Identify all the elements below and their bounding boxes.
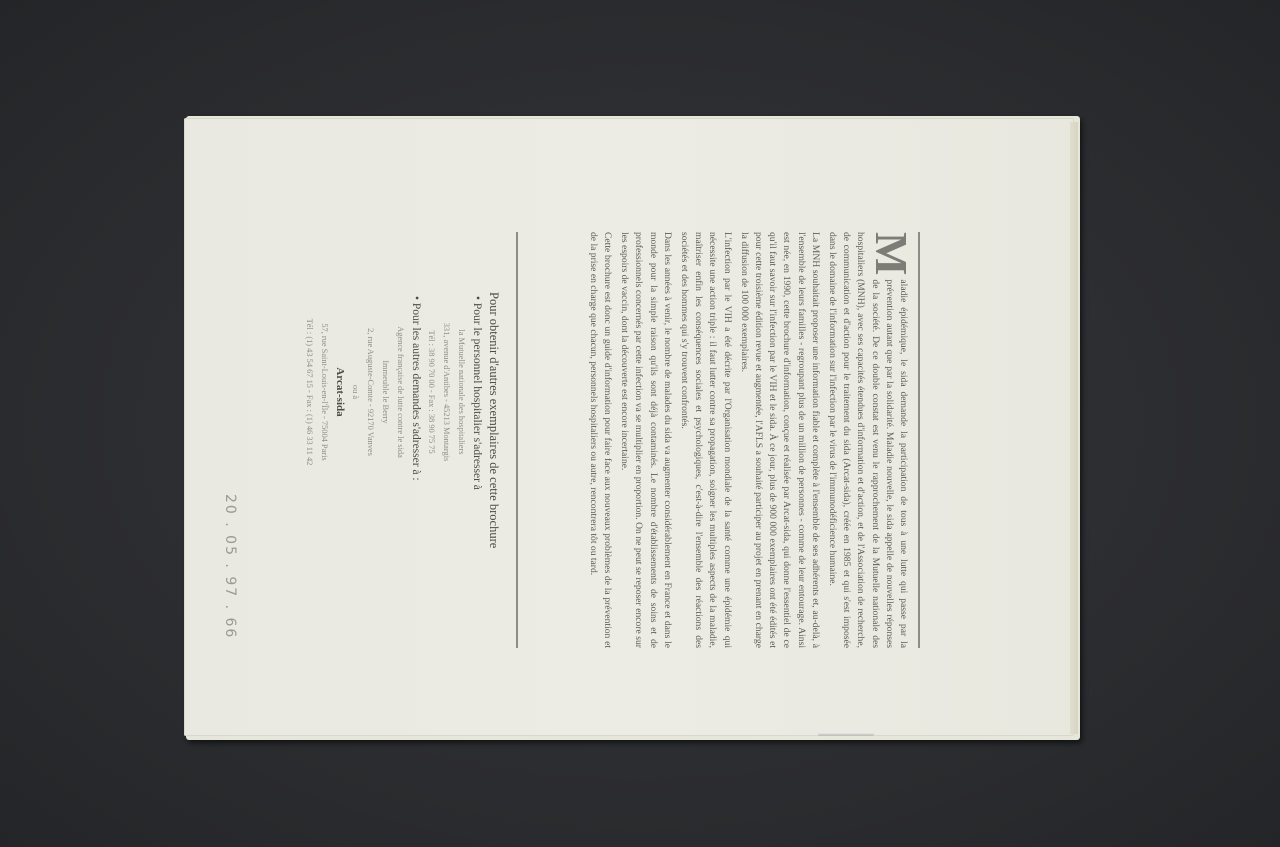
mnh-name: la Mutuelle nationale des hospitaliers bbox=[454, 292, 469, 492]
paragraph-4: Dans les années à venir, le nombre de ma… bbox=[617, 232, 674, 648]
arcat-address: 57, rue Saint-Louis-en-l'Île - 75004 Par… bbox=[317, 292, 332, 492]
or-label: ou à bbox=[348, 292, 363, 492]
intro-text-block: Maladie épidémique, le sida demande la p… bbox=[583, 232, 920, 648]
contact-block: Pour obtenir d'autres exemplaires de cet… bbox=[302, 292, 502, 592]
drop-cap: M bbox=[874, 232, 908, 275]
bottom-rule bbox=[516, 232, 518, 648]
paragraph-1: Maladie épidémique, le sida demande la p… bbox=[825, 232, 918, 648]
staple bbox=[818, 732, 874, 736]
afls-name: Agence française de lutte contre le sida bbox=[393, 292, 408, 492]
hospital-staff-label: • Pour le personnel hospitalier s'adress… bbox=[469, 292, 485, 592]
mnh-phone: Tél : 38 90 70 00 - Fax : 38 90 75 75 bbox=[424, 292, 439, 492]
rotated-text-content: Maladie épidémique, le sida demande la p… bbox=[250, 232, 920, 648]
mnh-address: 331, avenue d'Antibes - 45213 Montargis bbox=[439, 292, 454, 492]
paragraph-5: Cette brochure est donc un guide d'infor… bbox=[586, 232, 614, 648]
paragraph-3: L'infection par le VIH a été décrite par… bbox=[677, 232, 734, 648]
handwritten-date: 20 . 05 . 97 . 66 bbox=[218, 494, 238, 624]
arcat-phone: Tél : (1) 43 54 67 15 - Fax : (1) 46 33 … bbox=[302, 292, 317, 492]
page-edge bbox=[1070, 122, 1078, 734]
afls-address: 2, rue Auguste-Comte - 92170 Vanves bbox=[363, 292, 378, 492]
arcat-name: Arcat-sida bbox=[332, 292, 348, 492]
afls-building: Immeuble le Berry bbox=[378, 292, 393, 492]
other-requests-label: • Pour les autres demandes s'adresser à … bbox=[408, 292, 424, 592]
contact-title: Pour obtenir d'autres exemplaires de cet… bbox=[485, 292, 502, 592]
paragraph-2: La MNH souhaitait proposer une informati… bbox=[737, 232, 822, 648]
